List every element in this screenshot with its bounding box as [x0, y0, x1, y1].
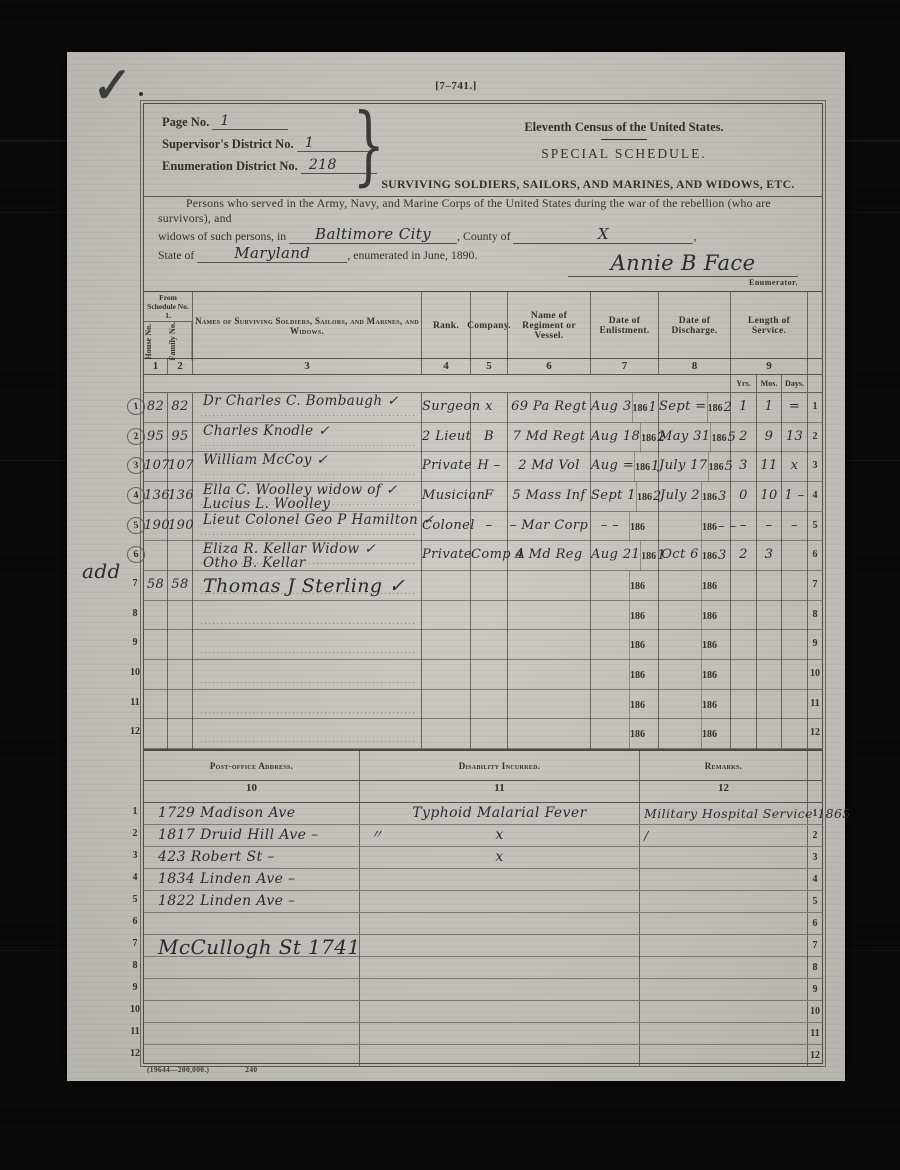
enlistment-cell: 186 [591, 660, 659, 690]
col-num-blank [808, 359, 822, 374]
place-value: Baltimore City [289, 225, 457, 244]
rank-cell: Musician [422, 482, 471, 512]
address-row: 21817 Druid Hill Ave –〃x∕2 [144, 825, 822, 847]
rank-cell: Surgeon [422, 393, 471, 423]
enlistment-cell: Sept 11862 [591, 482, 659, 512]
remarks-cell [640, 869, 808, 890]
family-no-cell [168, 601, 193, 631]
row-number-right: 12 [808, 1045, 822, 1066]
margin-note-add: add [82, 559, 121, 583]
address-row: 99 [144, 979, 822, 1001]
family-no-cell: 82 [168, 393, 193, 423]
yrs-cell [731, 630, 757, 660]
address-cell [144, 913, 360, 934]
address-row: 51822 Linden Ave –5 [144, 891, 822, 913]
yrs-cell [731, 690, 757, 720]
family-no-cell: 95 [168, 423, 193, 453]
address-row: 66 [144, 913, 822, 935]
from-schedule-group: From Schedule No. 1. House No. Family No… [144, 292, 193, 361]
row-number-left: 7 [128, 938, 142, 949]
enlistment-cell: 186 [591, 690, 659, 720]
col-num-9: 9 [731, 359, 808, 374]
disability-cell [360, 891, 640, 912]
address-row: 3423 Robert St –x3 [144, 847, 822, 869]
house-no-cell: 95 [144, 423, 168, 453]
address-row: 41834 Linden Ave –4 [144, 869, 822, 891]
discharge-date [659, 719, 701, 749]
discharge-year: 186– – [701, 512, 730, 542]
disability-text: x [495, 849, 503, 865]
family-no-cell: 107 [168, 452, 193, 482]
enlist-year: 186 [629, 719, 658, 749]
regiment-cell: 2 Md Vol [508, 452, 591, 482]
disability-cell [360, 869, 640, 890]
address-cell [144, 1045, 360, 1066]
enlist-year: 1861 [632, 393, 659, 423]
discharge-date [659, 660, 701, 690]
table-row: 5190190Lieut Colonel Geo P Hamilton ✓Col… [144, 512, 822, 542]
ditto-mark: 〃 [370, 825, 383, 846]
table-row: 75858Thomas J Sterling ✓1861867 [144, 571, 822, 601]
name-cell: William McCoy ✓ [193, 452, 422, 482]
mos-cell: 1 [757, 393, 782, 423]
row-number-right: 6 [808, 541, 822, 571]
days-cell [782, 541, 808, 571]
disability-cell [360, 979, 640, 1000]
days-cell: 13 [782, 423, 808, 453]
mos-cell [757, 660, 782, 690]
discharge-date: Oct 6 [659, 541, 701, 571]
discharge-year: 186 [701, 630, 730, 660]
discharge-cell: 186 [659, 630, 731, 660]
regiment-header: Name of Regiment or Vessel. [508, 292, 591, 361]
name-line1: Charles Knodle ✓ [203, 424, 421, 438]
form-border: Page No. 1 Supervisor's District No. 1 E… [143, 103, 823, 1064]
col-num-5: 5 [471, 359, 508, 374]
name-cell: Charles Knodle ✓ [193, 423, 422, 453]
veterans-table: From Schedule No. 1. House No. Family No… [144, 291, 822, 749]
yrs-cell [731, 660, 757, 690]
house-no-cell [144, 660, 168, 690]
form-number: [7–741.] [67, 80, 845, 92]
row-number-left: 4 [128, 872, 142, 883]
address-table-header: Post-office Address. Disability Incurred… [144, 751, 822, 781]
enlistment-cell: 186 [591, 719, 659, 749]
page-no-label: Page No. [162, 115, 209, 129]
family-no-cell [168, 630, 193, 660]
disability-cell [360, 935, 640, 959]
mos-cell [757, 571, 782, 601]
company-cell [471, 660, 508, 690]
discharge-date [659, 690, 701, 720]
row-number-left: 5 [128, 894, 142, 905]
remarks-cell: Military Hospital Service 1865 [640, 803, 808, 824]
disability-cell [360, 913, 640, 934]
family-no-cell: 136 [168, 482, 193, 512]
discharge-year: 1862 [707, 393, 733, 423]
row-number-right: 6 [808, 913, 822, 934]
enlist-year: 186 [629, 601, 658, 631]
row-number-left: 11 [127, 695, 143, 710]
disability-cell [360, 1023, 640, 1044]
company-cell [471, 719, 508, 749]
disability-cell: Typhoid Malarial Fever [360, 803, 640, 824]
col-num-1: 1 [144, 359, 168, 374]
row-number-right: 8 [808, 957, 822, 978]
row-number-right: 4 [808, 869, 822, 890]
enlistment-cell: 186 [591, 571, 659, 601]
rank-cell: 2 Lieut [422, 423, 471, 453]
state-value: Maryland [197, 244, 347, 263]
enumerator-signature-block: Annie B Face Enumerator. [568, 251, 798, 287]
row-number-left: 12 [127, 724, 143, 739]
row-number-left: 3 [128, 850, 142, 861]
from-schedule-label: From Schedule No. 1. [144, 292, 192, 322]
discharge-year: 186 [701, 690, 730, 720]
yrs-cell: 2 [731, 423, 757, 453]
names-header: Names of Surviving Soldiers, Sailors, an… [193, 292, 422, 361]
mos-cell [757, 719, 782, 749]
col-num-2: 2 [168, 359, 193, 374]
rank-header: Rank. [422, 292, 471, 361]
house-no-cell [144, 719, 168, 749]
row-number-right: 1 [808, 803, 822, 824]
address-cell [144, 1001, 360, 1022]
row-number-right: 10 [808, 1001, 822, 1022]
row-number-right: 11 [808, 690, 822, 720]
regiment-cell [508, 690, 591, 720]
service-header: Length of Service. [731, 292, 808, 361]
discharge-cell: Oct 61863 [659, 541, 731, 571]
mos-cell: 10 [757, 482, 782, 512]
census-title: Eleventh Census of the United States. [434, 120, 814, 135]
name-line1: Thomas J Sterling ✓ [203, 573, 421, 599]
address-cell: 1834 Linden Ave – [144, 869, 360, 890]
enlist-year: 1862 [636, 482, 662, 512]
row-number-column-header [808, 292, 822, 361]
discharge-date: May 31 [659, 423, 710, 453]
remarks-cell [640, 957, 808, 978]
regiment-cell [508, 719, 591, 749]
enlistment-cell: – –186 [591, 512, 659, 542]
disability-cell: 〃x [360, 825, 640, 846]
row-number-left: 8 [127, 606, 143, 621]
family-no-cell [168, 541, 193, 571]
address-row: 7McCullogh St 17417 [144, 935, 822, 957]
remarks-header: Remarks. [640, 751, 808, 780]
census-title-block: Eleventh Census of the United States. SP… [434, 120, 814, 162]
table-row: 29595Charles Knodle ✓2 LieutB7 Md RegtAu… [144, 423, 822, 453]
discharge-date [659, 571, 701, 601]
mos-cell [757, 601, 782, 631]
remarks-cell [640, 1045, 808, 1066]
county-label: , County of [457, 229, 510, 243]
row-number-left: 9 [127, 635, 143, 650]
house-no-cell: 136 [144, 482, 168, 512]
regiment-cell [508, 630, 591, 660]
name-line2: Lieut Colonel Geo P Hamilton ✓ [203, 513, 421, 527]
disability-cell: x [360, 847, 640, 868]
row-number-right: 5 [808, 512, 822, 542]
discharge-year: 186 [701, 660, 730, 690]
address-col-numbers: 10 11 12 [144, 781, 822, 803]
row-number-left: 10 [128, 1004, 142, 1015]
address-cell [144, 979, 360, 1000]
row-number-left: 8 [128, 960, 142, 971]
enlist-year: 1861 [634, 452, 660, 482]
yrs-cell: 1 [731, 393, 757, 423]
preamble-line2: widows of such persons, in Baltimore Cit… [144, 226, 822, 245]
table-row: 1218618612 [144, 719, 822, 749]
discharge-year: 1865 [708, 452, 734, 482]
remarks-cell: ∕ [640, 825, 808, 846]
row-number-right: 5 [808, 891, 822, 912]
table-row: 18282Dr Charles C. Bombaugh ✓Surgeonx69 … [144, 393, 822, 423]
mos-cell: 9 [757, 423, 782, 453]
address-row: 11729 Madison AveTyphoid Malarial FeverM… [144, 803, 822, 825]
yrs-cell: 0 [731, 482, 757, 512]
column-numbers-row: 1 2 3 4 5 6 7 8 9 [144, 359, 822, 375]
family-no-header: Family No. [168, 322, 193, 361]
name-cell: Ella C. Woolley widow of ✓Lucius L. Wool… [193, 482, 422, 512]
discharge-cell: 186 [659, 719, 731, 749]
table-row: 4136136Ella C. Woolley widow of ✓Lucius … [144, 482, 822, 512]
discharge-year: 1863 [701, 541, 730, 571]
col-num-7: 7 [591, 359, 659, 374]
discharge-year: 186 [701, 601, 730, 631]
yrs-header: Yrs. [731, 375, 757, 392]
row-number-right: 2 [808, 423, 822, 453]
house-no-cell: 107 [144, 452, 168, 482]
yrs-cell [731, 571, 757, 601]
row-number-right: 7 [808, 571, 822, 601]
days-cell [782, 660, 808, 690]
enlist-date [591, 660, 629, 690]
discharge-cell: May 311865 [659, 423, 731, 453]
rank-cell: Colonel [422, 512, 471, 542]
regiment-cell [508, 660, 591, 690]
discharge-header: Date of Discharge. [659, 292, 731, 361]
discharge-date [659, 512, 701, 542]
enlistment-header: Date of Enlistment. [591, 292, 659, 361]
house-no-cell: 58 [144, 571, 168, 601]
col-num-12: 12 [640, 781, 808, 802]
enlist-date [591, 719, 629, 749]
row-number-left: 6 [128, 916, 142, 927]
rank-cell [422, 690, 471, 720]
enlist-date: Sept 1 [591, 482, 636, 512]
name-cell [193, 601, 422, 631]
scan-background: { "page":{"form_number":"[7–741.]","chec… [0, 0, 900, 1170]
discharge-cell: 186 [659, 571, 731, 601]
comma: , [693, 229, 696, 243]
discharge-cell: 186 [659, 690, 731, 720]
discharge-year: 186 [701, 571, 730, 601]
company-cell: H – [471, 452, 508, 482]
rank-cell [422, 601, 471, 631]
company-cell: x [471, 393, 508, 423]
row-number-left: 11 [128, 1026, 142, 1037]
row-number-left: 7 [127, 576, 143, 591]
enlist-date: Aug = [591, 452, 634, 482]
county-value: X [513, 225, 693, 244]
discharge-year: 1863 [701, 482, 730, 512]
disability-text: Typhoid Malarial Fever [412, 805, 586, 821]
enlist-date [591, 630, 629, 660]
discharge-year: 186 [701, 719, 730, 749]
company-cell: Comp A [471, 541, 508, 571]
days-cell [782, 690, 808, 720]
remarks-cell [640, 1023, 808, 1044]
name-line2: Lucius L. Woolley [203, 497, 421, 511]
disability-cell [360, 1001, 640, 1022]
house-no-cell [144, 690, 168, 720]
remarks-cell [640, 1001, 808, 1022]
discharge-cell: July 171865 [659, 452, 731, 482]
row-number-right: 10 [808, 660, 822, 690]
name-line1: Dr Charles C. Bombaugh ✓ [203, 394, 421, 408]
name-cell [193, 719, 422, 749]
regiment-cell: 5 Mass Inf [508, 482, 591, 512]
paper: ✓ [7–741.] Page No. 1 Supervisor's Distr… [67, 52, 845, 1081]
rank-cell: Private [422, 541, 471, 571]
yrs-cell [731, 601, 757, 631]
table-row: 81861868 [144, 601, 822, 631]
enlistment-cell: 186 [591, 601, 659, 631]
yrs-cell: – [731, 512, 757, 542]
col-num-6: 6 [508, 359, 591, 374]
imprint-number: (19644—200,000.) [147, 1065, 209, 1074]
regiment-cell: – Mar Corp [508, 512, 591, 542]
preamble-line2-text: widows of such persons, in [158, 229, 286, 243]
enlistment-cell: Aug 211861 [591, 541, 659, 571]
col-num-10: 10 [144, 781, 360, 802]
enlist-date: – – [591, 512, 629, 542]
regiment-cell: 69 Pa Regt [508, 393, 591, 423]
remarks-cell [640, 847, 808, 868]
col-num-11: 11 [360, 781, 640, 802]
name-cell: Dr Charles C. Bombaugh ✓ [193, 393, 422, 423]
name-cell [193, 690, 422, 720]
regiment-cell: 7 Md Regt [508, 423, 591, 453]
subheader-spacer [144, 375, 731, 392]
days-cell: x [782, 452, 808, 482]
enlist-date: Aug 3 [591, 393, 632, 423]
row-number-right: 9 [808, 979, 822, 1000]
state-label: State of [158, 248, 194, 262]
name-cell: Eliza R. Kellar Widow ✓Otho B. Kellar [193, 541, 422, 571]
table-row: 1018618610 [144, 660, 822, 690]
discharge-cell: 186 [659, 601, 731, 631]
discharge-cell: July 21863 [659, 482, 731, 512]
mos-cell: 3 [757, 541, 782, 571]
name-cell [193, 660, 422, 690]
service-subheader-row: Yrs. Mos. Days. [144, 375, 822, 393]
discharge-cell: 186 [659, 660, 731, 690]
address-table: Post-office Address. Disability Incurred… [144, 749, 822, 1067]
remarks-cell [640, 891, 808, 912]
house-no-header: House No. [144, 322, 168, 361]
row-number-right: 3 [808, 452, 822, 482]
company-cell [471, 690, 508, 720]
yrs-cell [731, 719, 757, 749]
row-number-left: 1 [128, 806, 142, 817]
discharge-cell: 186– – [659, 512, 731, 542]
row-number-right: 12 [808, 719, 822, 749]
mos-header: Mos. [757, 375, 782, 392]
discharge-cell: Sept =1862 [659, 393, 731, 423]
enlistment-cell: 186 [591, 630, 659, 660]
address-row: 1111 [144, 1023, 822, 1045]
yrs-cell: 3 [731, 452, 757, 482]
ink-dot [139, 92, 143, 96]
subheader-rn [808, 375, 822, 392]
enlist-year: 186 [629, 630, 658, 660]
row-number-right: 11 [808, 1023, 822, 1044]
enlist-date [591, 601, 629, 631]
family-no-cell: 190 [168, 512, 193, 542]
row-number-left: 9 [128, 982, 142, 993]
enumerator-signature: Annie B Face [568, 251, 798, 277]
table-row: 3107107William McCoy ✓PrivateH –2 Md Vol… [144, 452, 822, 482]
family-no-cell [168, 660, 193, 690]
name-cell: Thomas J Sterling ✓ [193, 571, 422, 601]
days-cell [782, 630, 808, 660]
family-no-cell [168, 690, 193, 720]
disability-cell [360, 957, 640, 978]
regiment-cell [508, 571, 591, 601]
regiment-cell [508, 601, 591, 631]
rank-cell: Private [422, 452, 471, 482]
remarks-cell [640, 935, 808, 959]
preamble: Persons who served in the Army, Navy, an… [144, 196, 822, 291]
page-no-value: 1 [212, 113, 288, 130]
address-cell: 1822 Linden Ave – [144, 891, 360, 912]
company-header: Company. [471, 292, 508, 361]
address-cell: 1817 Druid Hill Ave – [144, 825, 360, 846]
days-header: Days. [782, 375, 808, 392]
company-cell: F [471, 482, 508, 512]
disability-cell [360, 1045, 640, 1066]
discharge-date: Sept = [659, 393, 707, 423]
schedule-subtitle: SURVIVING SOLDIERS, SAILORS, AND MARINES… [360, 177, 816, 192]
special-schedule-title: SPECIAL SCHEDULE. [434, 146, 814, 162]
enlist-date: Aug 18 [591, 423, 640, 453]
address-row: 1010 [144, 1001, 822, 1023]
regiment-cell: 4 Md Reg [508, 541, 591, 571]
mos-cell [757, 690, 782, 720]
row-number-left: 10 [127, 665, 143, 680]
house-no-cell [144, 541, 168, 571]
name-cell: Lieut Colonel Geo P Hamilton ✓ [193, 512, 422, 542]
discharge-date: July 2 [659, 482, 701, 512]
days-cell [782, 601, 808, 631]
veterans-table-header: From Schedule No. 1. House No. Family No… [144, 291, 822, 359]
company-cell [471, 630, 508, 660]
mos-cell: 11 [757, 452, 782, 482]
name-line1: Ella C. Woolley widow of ✓ [203, 483, 421, 497]
house-no-cell [144, 630, 168, 660]
rank-cell [422, 630, 471, 660]
enlist-year: 186 [629, 690, 658, 720]
company-cell: B [471, 423, 508, 453]
remarks-cell [640, 913, 808, 934]
row-number-right: 9 [808, 630, 822, 660]
rank-cell [422, 719, 471, 749]
row-number-right: 4 [808, 482, 822, 512]
row-number-right: 7 [808, 935, 822, 959]
divider-rule [601, 139, 647, 140]
